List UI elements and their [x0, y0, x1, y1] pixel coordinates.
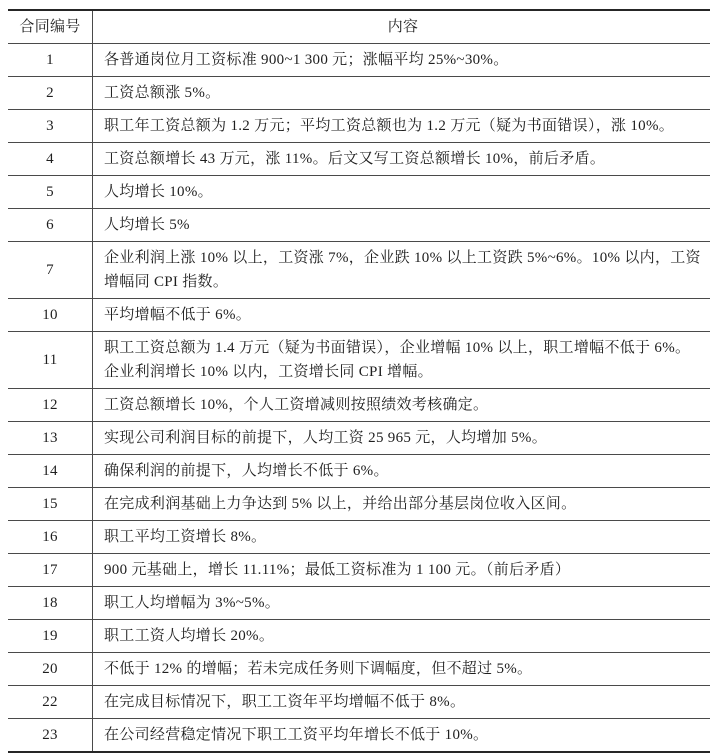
contract-content-cell: 工资总额涨 5%。 [93, 77, 710, 109]
table-row: 15 在完成利润基础上力争达到 5% 以上，并给出部分基层岗位收入区间。 [8, 488, 710, 521]
contract-content-cell: 900 元基础上，增长 11.11%；最低工资标准为 1 100 元。（前后矛盾… [93, 554, 710, 586]
contract-content-cell: 职工年工资总额为 1.2 万元；平均工资总额也为 1.2 万元（疑为书面错误），… [93, 110, 710, 142]
contract-id-cell: 15 [8, 488, 93, 520]
table-row: 2 工资总额涨 5%。 [8, 77, 710, 110]
contract-id-cell: 13 [8, 422, 93, 454]
contract-id-cell: 11 [8, 332, 93, 388]
table-row: 23 在公司经营稳定情况下职工工资平均年增长不低于 10%。 [8, 719, 710, 751]
contract-content-cell: 人均增长 5% [93, 209, 710, 241]
contract-id-cell: 17 [8, 554, 93, 586]
contract-content-cell: 确保利润的前提下，人均增长不低于 6%。 [93, 455, 710, 487]
contract-id-cell: 19 [8, 620, 93, 652]
contract-content-cell: 职工工资人均增长 20%。 [93, 620, 710, 652]
contract-id-cell: 10 [8, 299, 93, 331]
contract-content-cell: 各普通岗位月工资标准 900~1 300 元；涨幅平均 25%~30%。 [93, 44, 710, 76]
table-row: 3 职工年工资总额为 1.2 万元；平均工资总额也为 1.2 万元（疑为书面错误… [8, 110, 710, 143]
table-row: 7 企业利润上涨 10% 以上，工资涨 7%，企业跌 10% 以上工资跌 5%~… [8, 242, 710, 299]
contract-id-cell: 12 [8, 389, 93, 421]
contract-content-cell: 在公司经营稳定情况下职工工资平均年增长不低于 10%。 [93, 719, 710, 751]
contract-content-cell: 平均增幅不低于 6%。 [93, 299, 710, 331]
table-row: 11 职工工资总额为 1.4 万元（疑为书面错误），企业增幅 10% 以上，职工… [8, 332, 710, 389]
contract-id-cell: 5 [8, 176, 93, 208]
table-row: 18 职工人均增幅为 3%~5%。 [8, 587, 710, 620]
header-content-label: 内容 [93, 11, 710, 43]
contract-id-cell: 3 [8, 110, 93, 142]
contract-content-cell: 实现公司利润目标的前提下，人均工资 25 965 元，人均增加 5%。 [93, 422, 710, 454]
contract-content-cell: 工资总额增长 43 万元，涨 11%。后文又写工资总额增长 10%，前后矛盾。 [93, 143, 710, 175]
table-row: 19 职工工资人均增长 20%。 [8, 620, 710, 653]
contract-id-cell: 4 [8, 143, 93, 175]
contract-id-cell: 2 [8, 77, 93, 109]
table-row: 1 各普通岗位月工资标准 900~1 300 元；涨幅平均 25%~30%。 [8, 44, 710, 77]
contract-content-cell: 人均增长 10%。 [93, 176, 710, 208]
contract-id-cell: 6 [8, 209, 93, 241]
contract-content-cell: 企业利润上涨 10% 以上，工资涨 7%，企业跌 10% 以上工资跌 5%~6%… [93, 242, 710, 298]
contract-content-cell: 职工平均工资增长 8%。 [93, 521, 710, 553]
contract-id-cell: 16 [8, 521, 93, 553]
contract-content-cell: 职工人均增幅为 3%~5%。 [93, 587, 710, 619]
table-row: 10 平均增幅不低于 6%。 [8, 299, 710, 332]
contract-id-cell: 7 [8, 242, 93, 298]
table-row: 20 不低于 12% 的增幅；若未完成任务则下调幅度，但不超过 5%。 [8, 653, 710, 686]
table-row: 12 工资总额增长 10%，个人工资增减则按照绩效考核确定。 [8, 389, 710, 422]
table-row: 22 在完成目标情况下，职工工资年平均增幅不低于 8%。 [8, 686, 710, 719]
contract-content-cell: 工资总额增长 10%，个人工资增减则按照绩效考核确定。 [93, 389, 710, 421]
table-header-row: 合同编号 内容 [8, 11, 710, 44]
header-contract-id-label: 合同编号 [8, 11, 93, 43]
table-row: 14 确保利润的前提下，人均增长不低于 6%。 [8, 455, 710, 488]
table-row: 5 人均增长 10%。 [8, 176, 710, 209]
document-page: 合同编号 内容 1 各普通岗位月工资标准 900~1 300 元；涨幅平均 25… [0, 0, 717, 742]
contract-content-cell: 在完成利润基础上力争达到 5% 以上，并给出部分基层岗位收入区间。 [93, 488, 710, 520]
table-row: 16 职工平均工资增长 8%。 [8, 521, 710, 554]
contract-table: 合同编号 内容 1 各普通岗位月工资标准 900~1 300 元；涨幅平均 25… [8, 9, 710, 753]
table-row: 17 900 元基础上，增长 11.11%；最低工资标准为 1 100 元。（前… [8, 554, 710, 587]
contract-id-cell: 23 [8, 719, 93, 751]
table-row: 6 人均增长 5% [8, 209, 710, 242]
contract-content-cell: 不低于 12% 的增幅；若未完成任务则下调幅度，但不超过 5%。 [93, 653, 710, 685]
table-row: 4 工资总额增长 43 万元，涨 11%。后文又写工资总额增长 10%，前后矛盾… [8, 143, 710, 176]
table-row: 13 实现公司利润目标的前提下，人均工资 25 965 元，人均增加 5%。 [8, 422, 710, 455]
contract-table-body: 1 各普通岗位月工资标准 900~1 300 元；涨幅平均 25%~30%。 2… [8, 44, 710, 751]
contract-id-cell: 18 [8, 587, 93, 619]
contract-content-cell: 职工工资总额为 1.4 万元（疑为书面错误），企业增幅 10% 以上，职工增幅不… [93, 332, 710, 388]
contract-id-cell: 1 [8, 44, 93, 76]
contract-id-cell: 22 [8, 686, 93, 718]
contract-id-cell: 14 [8, 455, 93, 487]
contract-content-cell: 在完成目标情况下，职工工资年平均增幅不低于 8%。 [93, 686, 710, 718]
contract-id-cell: 20 [8, 653, 93, 685]
